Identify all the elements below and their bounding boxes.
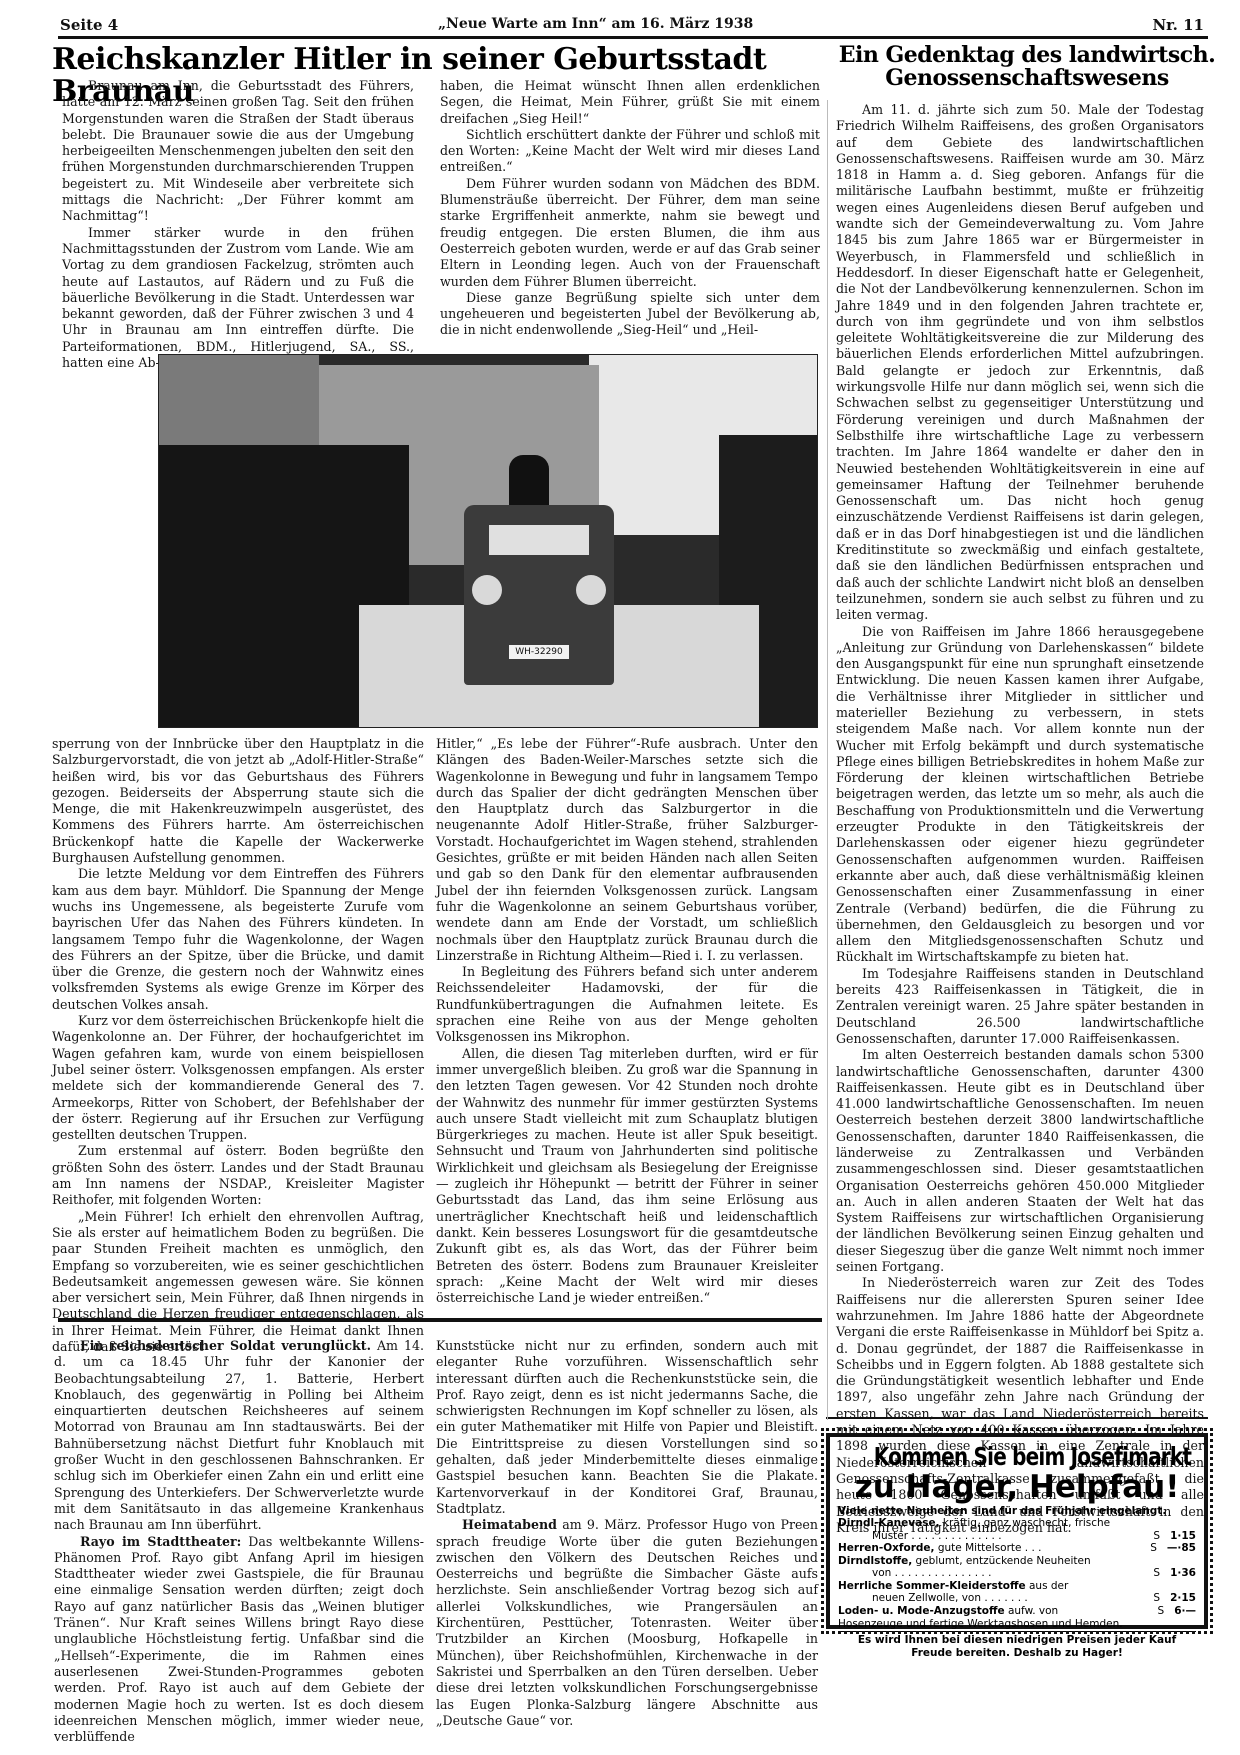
main-article-col1-bottom: sperrung von der Innbrücke über den Haup… [52,736,424,1355]
ad-item: Dirndlstoffe, geblumt, entzückende Neuhe… [838,1555,1196,1580]
section-divider [826,1417,1208,1419]
local-news-col1: Ein reichsdeutscher Soldat verunglückt. … [54,1338,424,1745]
ad-price: S1·36 [1153,1567,1196,1580]
side-article-column: Am 11. d. jährte sich zum 50. Male der T… [836,102,1204,1536]
paragraph: Die von Raiffeisen im Jahre 1866 herausg… [836,624,1204,966]
ad-price: S2·15 [1153,1592,1196,1605]
ad-underlined-line: Hosenzeuge und fertige Werktagshosen und… [838,1618,1196,1632]
ad-price: S1·15 [1153,1530,1196,1543]
ad-intro: Viele nette Neuheiten sind für das Frühj… [838,1505,1196,1517]
main-article-col2-bottom: Hitler,“ „Es lebe der Führer“-Rufe ausbr… [436,736,818,1306]
paragraph: Zum erstenmal auf österr. Boden begrüßte… [52,1143,424,1208]
newspaper-title-date: „Neue Warte am Inn“ am 16. März 1938 [438,16,753,32]
paragraph: haben, die Heimat wünscht Ihnen allen er… [440,78,820,127]
paragraph: Allen, die diesen Tag miterleben durften… [436,1046,818,1307]
ad-headline: Kommen Sie beim Josefimarkt [874,1443,1160,1471]
ad-item: Dirndl-Kanevase, kräftig, ganz waschecht… [838,1517,1196,1542]
ad-brand: Hager! [1082,1647,1122,1659]
paragraph: Immer stärker wurde in den frühen Nachmi… [62,225,414,372]
local-news-col2: Kunststücke nicht nur zu erfinden, sonde… [436,1338,818,1729]
ad-item: Herrliche Sommer-Kleiderstoffe aus der n… [838,1580,1196,1605]
license-plate: WH-32290 [509,645,569,659]
advertisement-hager: Kommen Sie beim Josefimarkt zu Hager, He… [826,1433,1208,1629]
ad-price: S—·85 [1150,1542,1196,1555]
news-item-title: Rayo im Stadttheater: [80,1534,241,1549]
paragraph: Hitler,“ „Es lebe der Führer“-Rufe ausbr… [436,736,818,964]
news-item-title: Ein reichsdeutscher Soldat verunglückt. [80,1338,371,1353]
paragraph: Im alten Oesterreich bestanden damals sc… [836,1047,1204,1275]
ad-price: S6·— [1158,1605,1196,1618]
ad-item: Herren-Oxforde, gute Mittelsorte . . . S… [838,1542,1196,1555]
news-item: Heimatabend am 9. März. Professor Hugo v… [436,1517,818,1729]
paragraph: Im Todesjahre Raiffeisens standen in Deu… [836,966,1204,1047]
paragraph: Kurz vor dem österreichischen Brückenkop… [52,1013,424,1143]
news-item-title: Heimatabend [462,1517,557,1532]
paragraph: sperrung von der Innbrücke über den Haup… [52,736,424,866]
news-item: Kunststücke nicht nur zu erfinden, sonde… [436,1338,818,1517]
issue-number: Nr. 11 [1152,16,1204,34]
news-item: Ein reichsdeutscher Soldat verunglückt. … [54,1338,424,1534]
section-divider [58,1318,822,1322]
page-number: Seite 4 [60,16,118,34]
headlamp [472,575,502,605]
main-article-col2-top: haben, die Heimat wünscht Ihnen allen er… [440,78,820,339]
paragraph: In Begleitung des Führers befand sich un… [436,964,818,1045]
main-article-col1-top: Braunau am Inn, die Geburtsstadt des Füh… [62,78,414,371]
paragraph: Sichtlich erschüttert dankte der Führer … [440,127,820,176]
car: WH-32290 [464,505,614,685]
masthead: Seite 4 „Neue Warte am Inn“ am 16. März … [58,12,1208,39]
news-item: Rayo im Stadttheater: Das weltbekannte W… [54,1534,424,1746]
paragraph: „Mein Führer! Ich erhielt den ehrenvolle… [52,1209,424,1356]
column-divider [827,100,828,1420]
paragraph: Braunau am Inn, die Geburtsstadt des Füh… [62,78,414,225]
paragraph: Die letzte Meldung vor dem Eintreffen de… [52,866,424,1013]
ad-footer: Es wird Ihnen bei diesen niedrigen Preis… [838,1634,1196,1660]
ad-item: Loden- u. Mode-Anzugstoffe aufw. von S6·… [838,1605,1196,1618]
paragraph: Diese ganze Begrüßung spielte sich unter… [440,290,820,339]
headlamp [576,575,606,605]
paragraph: Am 11. d. jährte sich zum 50. Male der T… [836,102,1204,624]
paragraph: Dem Führer wurden sodann von Mädchen des… [440,176,820,290]
news-photo-motorcade: WH-32290 [158,354,818,728]
ad-headline-brand: zu Hager, Helpfau! [838,1471,1196,1503]
newspaper-page: Seite 4 „Neue Warte am Inn“ am 16. März … [0,0,1240,1755]
side-headline: Ein Gedenktag des landwirtsch. Genossens… [838,44,1216,90]
